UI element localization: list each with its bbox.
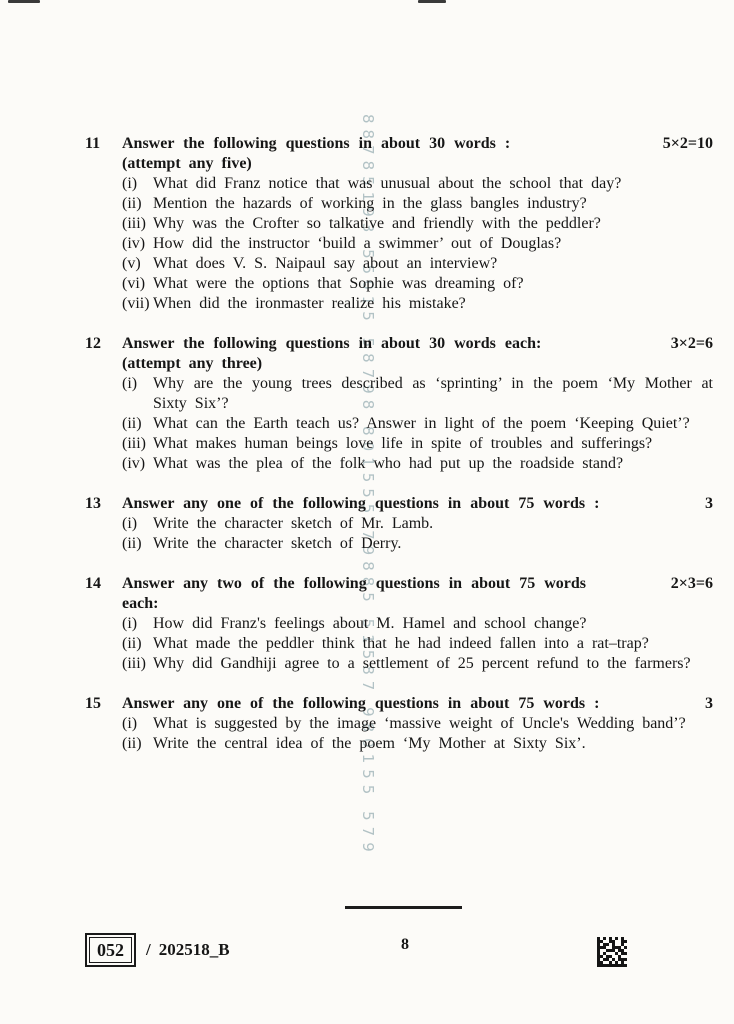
question-section: 13 Answer any one of the following quest… [85,494,713,554]
item-text: What were the options that Sophie was dr… [153,274,713,294]
question-item: (iv) What was the plea of the folk who h… [122,454,713,474]
paper-code-suffix: /202518_B [146,940,230,960]
question-number: 12 [85,334,122,474]
question-heading: Answer any two of the following question… [122,574,671,594]
paper-code-box-text: 052 [89,937,132,963]
question-marks: 3×2=6 [671,334,713,354]
question-title-row: Answer the following questions in about … [122,134,713,154]
question-title-row: Answer any one of the following question… [122,494,713,514]
question-item: (vii) When did the ironmaster realize hi… [122,294,713,314]
question-item: (ii) What made the peddler think that he… [122,634,713,654]
question-title-row: Answer the following questions in about … [122,334,713,354]
question-body: Answer any one of the following question… [122,694,713,754]
question-heading: Answer the following questions in about … [122,134,663,154]
item-label: (ii) [122,194,153,214]
item-label: (ii) [122,414,153,434]
question-item: (ii) Write the character sketch of Derry… [122,534,713,554]
question-item: (iii) What makes human beings love life … [122,434,713,454]
item-label: (iii) [122,434,153,454]
exam-paper-page: 88785193 55015 58798 801555 79885 51587 … [0,0,734,1024]
paper-code-slash: / [146,940,151,959]
item-label: (iv) [122,234,153,254]
question-section: 15 Answer any one of the following quest… [85,694,713,754]
question-title-row: Answer any one of the following question… [122,694,713,714]
question-section: 14 Answer any two of the following quest… [85,574,713,674]
page-number: 8 [370,936,440,954]
item-label: (v) [122,254,153,274]
item-text: Why was the Crofter so talkative and fri… [153,214,713,234]
question-item: (i) Write the character sketch of Mr. La… [122,514,713,534]
item-text: What does V. S. Naipaul say about an int… [153,254,713,274]
question-subheading: (attempt any three) [122,354,713,374]
question-number: 15 [85,694,122,754]
question-number: 11 [85,134,122,314]
item-text: What can the Earth teach us? Answer in l… [153,414,713,434]
question-heading: Answer any one of the following question… [122,694,705,714]
item-text: Write the character sketch of Mr. Lamb. [153,514,713,534]
item-text: Mention the hazards of working in the gl… [153,194,713,214]
question-subheading: (attempt any five) [122,154,713,174]
question-item: (i) What did Franz notice that was unusu… [122,174,713,194]
question-item: (i) How did Franz's feelings about M. Ha… [122,614,713,634]
question-item: (i) Why are the young trees described as… [122,374,713,414]
item-text: Why are the young trees described as ‘sp… [153,374,713,414]
paper-code: 052 /202518_B [85,933,230,967]
question-items: (i) What is suggested by the image ‘mass… [122,714,713,754]
footer-divider-line [345,906,462,909]
item-text: What did Franz notice that was unusual a… [153,174,713,194]
question-body: Answer any one of the following question… [122,494,713,554]
question-item: (v) What does V. S. Naipaul say about an… [122,254,713,274]
item-label: (i) [122,374,153,414]
paper-code-box: 052 [85,933,136,967]
item-text: How did the instructor ‘build a swimmer’… [153,234,713,254]
paper-code-text: 202518_B [159,940,230,959]
item-text: Write the character sketch of Derry. [153,534,713,554]
question-number: 13 [85,494,122,554]
question-subheading: each: [122,594,713,614]
question-marks: 3 [705,694,713,714]
item-label: (i) [122,714,153,734]
question-number: 14 [85,574,122,674]
item-text: How did Franz's feelings about M. Hamel … [153,614,713,634]
item-label: (iii) [122,214,153,234]
item-text: Why did Gandhiji agree to a settlement o… [153,654,713,674]
question-items: (i) Why are the young trees described as… [122,374,713,474]
question-item: (ii) What can the Earth teach us? Answer… [122,414,713,434]
question-item: (i) What is suggested by the image ‘mass… [122,714,713,734]
item-label: (ii) [122,634,153,654]
datamatrix-code [597,937,627,967]
question-item: (ii) Write the central idea of the poem … [122,734,713,754]
item-label: (iii) [122,654,153,674]
question-items: (i) How did Franz's feelings about M. Ha… [122,614,713,674]
question-marks: 2×3=6 [671,574,713,594]
question-heading: Answer any one of the following question… [122,494,705,514]
item-text: What made the peddler think that he had … [153,634,713,654]
question-items: (i) Write the character sketch of Mr. La… [122,514,713,554]
item-text: What makes human beings love life in spi… [153,434,713,454]
question-item: (iv) How did the instructor ‘build a swi… [122,234,713,254]
item-text: What is suggested by the image ‘massive … [153,714,713,734]
questions-area: 11 Answer the following questions in abo… [85,134,713,774]
question-title-row: Answer any two of the following question… [122,574,713,594]
question-item: (iii) Why was the Crofter so talkative a… [122,214,713,234]
question-body: Answer any two of the following question… [122,574,713,674]
question-body: Answer the following questions in about … [122,334,713,474]
scan-edge-mark [8,0,40,3]
question-item: (iii) Why did Gandhiji agree to a settle… [122,654,713,674]
item-label: (vii) [122,294,153,314]
item-label: (ii) [122,734,153,754]
item-label: (ii) [122,534,153,554]
item-label: (i) [122,174,153,194]
question-section: 11 Answer the following questions in abo… [85,134,713,314]
question-body: Answer the following questions in about … [122,134,713,314]
item-label: (vi) [122,274,153,294]
item-label: (iv) [122,454,153,474]
question-section: 12 Answer the following questions in abo… [85,334,713,474]
question-item: (vi) What were the options that Sophie w… [122,274,713,294]
question-item: (ii) Mention the hazards of working in t… [122,194,713,214]
item-label: (i) [122,614,153,634]
scan-edge-mark [418,0,446,3]
question-marks: 5×2=10 [663,134,713,154]
question-marks: 3 [705,494,713,514]
item-label: (i) [122,514,153,534]
item-text: Write the central idea of the poem ‘My M… [153,734,713,754]
item-text: When did the ironmaster realize his mist… [153,294,713,314]
item-text: What was the plea of the folk who had pu… [153,454,713,474]
question-heading: Answer the following questions in about … [122,334,671,354]
question-items: (i) What did Franz notice that was unusu… [122,174,713,314]
